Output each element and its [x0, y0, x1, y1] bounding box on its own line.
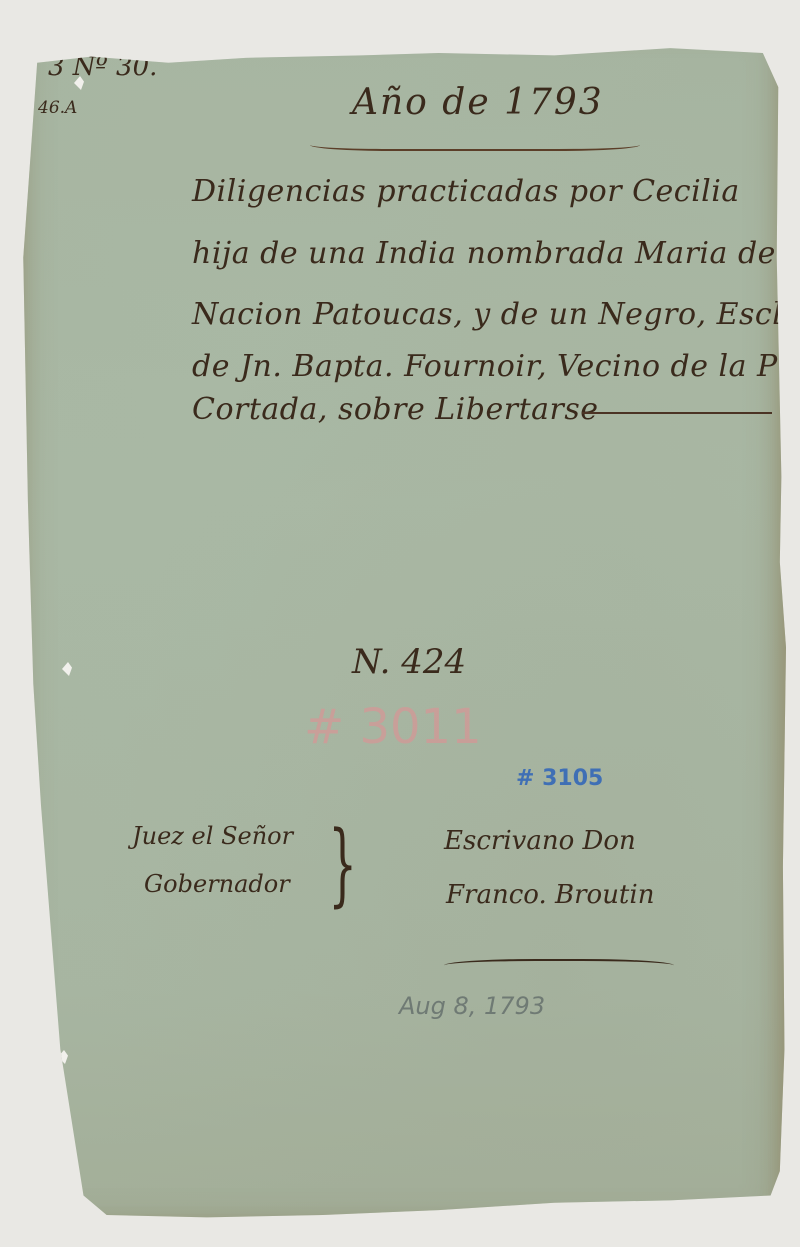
judge-label-line2: Gobernador: [144, 870, 290, 898]
subfolio-mark: 46.A: [38, 98, 77, 118]
line-end-dash: [582, 412, 772, 414]
year-heading: Año de 1793: [352, 82, 604, 123]
pencil-date: Aug 8, 1793: [399, 992, 545, 1020]
title-line-5: Cortada, sobre Libertarse: [192, 392, 599, 427]
paper-hole: [58, 1050, 68, 1064]
folio-mark: 3 Nº 30.: [48, 52, 157, 82]
brace-icon: }: [328, 820, 357, 910]
blue-catalog-number: # 3105: [516, 766, 603, 791]
paper-hole: [62, 662, 72, 676]
scribe-label-line2: Franco. Broutin: [446, 880, 654, 910]
signature-flourish: [444, 959, 674, 975]
manuscript-page: 3 Nº 30. 46.A Año de 1793 Diligencias pr…: [14, 14, 786, 1232]
heading-underline: [310, 139, 640, 151]
scribe-label-line1: Escrivano Don: [444, 826, 636, 856]
title-line-1: Diligencias practicadas por Cecilia: [192, 174, 740, 209]
red-pencil-mark: # 3011: [304, 699, 482, 755]
judge-label-line1: Juez el Señor: [132, 822, 293, 850]
title-line-2: hija de una India nombrada Maria de: [192, 236, 776, 271]
title-line-4: de Jn. Bapta. Fournoir, Vecino de la Pun…: [192, 349, 800, 384]
document-number: N. 424: [352, 642, 466, 682]
title-line-3: Nacion Patoucas, y de un Negro, Esclava: [192, 297, 800, 332]
